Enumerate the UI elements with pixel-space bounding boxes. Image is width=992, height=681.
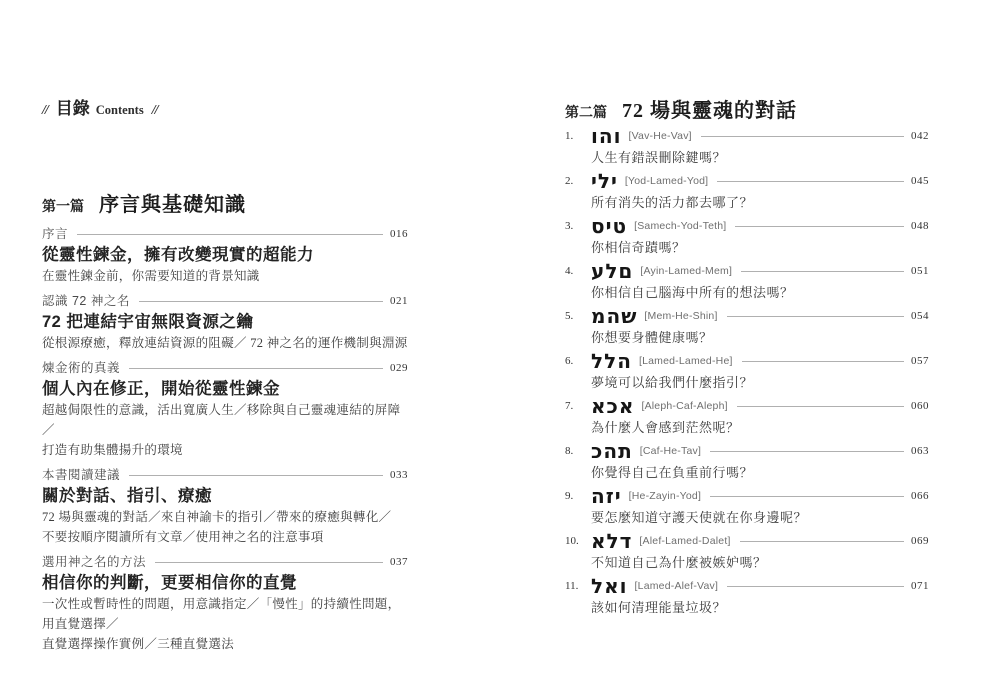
entry-question: 為什麼人會感到茫然呢？ — [565, 418, 929, 437]
hebrew-transliteration: [Lamed-Lamed-He] — [639, 349, 733, 373]
hebrew-transliteration: [Aleph-Caf-Aleph] — [641, 394, 727, 418]
toc-close-slash-icon: // — [152, 103, 158, 119]
hebrew-name: כהת — [591, 439, 633, 463]
leader-line — [710, 496, 904, 497]
entry-number: 9. — [565, 484, 591, 508]
toc-entry-subtitle: 超越侷限性的意識，活出寬廣人生／移除與自己靈魂連結的屏障／ 打造有助集體揚升的環… — [42, 400, 408, 460]
leader-line — [727, 316, 904, 317]
toc-entry-row: 10. אלד [Alef-Lamed-Dalet] 069 — [565, 529, 929, 553]
toc-entry-page-number: 054 — [911, 304, 929, 328]
toc-section: 本書閱讀建議 033 關於對話、指引、療癒 72 場與靈魂的對話／來自神諭卡的指… — [42, 467, 408, 547]
entry-question: 人生有錯誤刪除鍵嗎？ — [565, 148, 929, 167]
leader-line — [740, 541, 904, 542]
hebrew-name: והו — [591, 124, 621, 148]
toc-header: // 目錄 Contents // — [42, 94, 408, 112]
hebrew-name: הזי — [591, 484, 622, 508]
toc-entry-page-number: 057 — [911, 349, 929, 373]
toc-entry-page-number: 071 — [911, 574, 929, 598]
toc-entry-label: 選用神之名的方法 — [42, 554, 146, 571]
toc-entry: 11. לאו [Lamed-Alef-Vav] 071 該如何清理能量垃圾？ — [565, 574, 929, 617]
toc-entry-subtitle: 72 場與靈魂的對話／來自神諭卡的指引／帶來的療癒與轉化／ 不要按順序閱讀所有文… — [42, 507, 408, 547]
hebrew-name: אכא — [591, 394, 634, 418]
toc-entry: 10. אלד [Alef-Lamed-Dalet] 069 不知道自己為什麼被… — [565, 529, 929, 572]
hebrew-transliteration: [Samech-Yod-Teth] — [634, 214, 726, 238]
toc-entry-page-number: 042 — [911, 124, 929, 148]
toc-open-slash-icon: // — [42, 103, 48, 119]
entry-number: 2. — [565, 169, 591, 193]
hebrew-transliteration: [He-Zayin-Yod] — [629, 484, 701, 508]
part-two-label: 第二篇 — [565, 102, 607, 122]
toc-entry-row: 6. ללה [Lamed-Lamed-He] 057 — [565, 349, 929, 373]
leader-line — [77, 234, 383, 235]
toc-entry-page-number: 066 — [911, 484, 929, 508]
toc-entry-page-number: 016 — [390, 226, 408, 243]
entry-question: 所有消失的活力都去哪了？ — [565, 193, 929, 212]
toc-entry-row: 1. והו [Vav-He-Vav] 042 — [565, 124, 929, 148]
entry-question: 你相信自己腦海中所有的想法嗎？ — [565, 283, 929, 302]
part-one-header: 第一篇 序言與基礎知識 — [42, 188, 408, 212]
entry-question: 你想要身體健康嗎？ — [565, 328, 929, 347]
hebrew-name: אלד — [591, 529, 632, 553]
hebrew-transliteration: [Caf-He-Tav] — [640, 439, 701, 463]
entry-question: 該如何清理能量垃圾？ — [565, 598, 929, 617]
toc-section: 認識 72 神之名 021 72 把連結宇宙無限資源之鑰 從根源療癒，釋放連結資… — [42, 293, 408, 353]
toc-entry-subtitle: 一次性或暫時性的問題，用意識指定／「慢性」的持續性問題，用直覺選擇／ 直覺選擇操… — [42, 594, 408, 654]
toc-entry-page-number: 063 — [911, 439, 929, 463]
toc-section: 煉金術的真義 029 個人內在修正，開始從靈性鍊金 超越侷限性的意識，活出寬廣人… — [42, 360, 408, 460]
toc-entry-page-number: 029 — [390, 360, 408, 377]
toc-entry-subtitle: 從根源療癒，釋放連結資源的阻礙／ 72 神之名的運作機制與淵源 — [42, 333, 408, 353]
toc-entry: 6. ללה [Lamed-Lamed-He] 057 夢境可以給我們什麼指引？ — [565, 349, 929, 392]
toc-entry: 3. סיט [Samech-Yod-Teth] 048 你相信奇蹟嗎？ — [565, 214, 929, 257]
toc-entry-row: 9. הזי [He-Zayin-Yod] 066 — [565, 484, 929, 508]
leader-line — [717, 181, 904, 182]
toc-entry-title: 關於對話、指引、療癒 — [42, 486, 408, 506]
entry-number: 4. — [565, 259, 591, 283]
toc-entry-list: 1. והו [Vav-He-Vav] 042 人生有錯誤刪除鍵嗎？ 2. יל… — [565, 124, 929, 617]
toc-entry: 2. ילי [Yod-Lamed-Yod] 045 所有消失的活力都去哪了？ — [565, 169, 929, 212]
toc-entry: 5. מהש [Mem-He-Shin] 054 你想要身體健康嗎？ — [565, 304, 929, 347]
entry-question: 夢境可以給我們什麼指引？ — [565, 373, 929, 392]
part-two-header: 第二篇 72 場與靈魂的對話 — [565, 94, 929, 118]
toc-entry-row: 4. עלם [Ayin-Lamed-Mem] 051 — [565, 259, 929, 283]
toc-entry-label: 本書閱讀建議 — [42, 467, 120, 484]
toc-title: 目錄 — [56, 94, 90, 119]
leader-line — [155, 562, 383, 563]
entry-question: 你覺得自己在負重前行嗎？ — [565, 463, 929, 482]
toc-entry: 7. אכא [Aleph-Caf-Aleph] 060 為什麼人會感到茫然呢？ — [565, 394, 929, 437]
toc-entry-row: 7. אכא [Aleph-Caf-Aleph] 060 — [565, 394, 929, 418]
leader-line — [139, 301, 383, 302]
toc-section: 選用神之名的方法 037 相信你的判斷，更要相信你的直覺 一次性或暫時性的問題，… — [42, 554, 408, 654]
part-one-label: 第一篇 — [42, 196, 84, 216]
toc-entry-title: 相信你的判斷，更要相信你的直覺 — [42, 573, 408, 593]
hebrew-name: ללה — [591, 349, 632, 373]
toc-entry-page-number: 048 — [911, 214, 929, 238]
toc-section: 序言 016 從靈性鍊金，擁有改變現實的超能力 在靈性鍊金前，你需要知道的背景知… — [42, 226, 408, 286]
hebrew-transliteration: [Mem-He-Shin] — [644, 304, 717, 328]
entry-number: 11. — [565, 574, 591, 598]
entry-number: 8. — [565, 439, 591, 463]
toc-section-list: 序言 016 從靈性鍊金，擁有改變現實的超能力 在靈性鍊金前，你需要知道的背景知… — [42, 226, 408, 654]
toc-entry-page-number: 021 — [390, 293, 408, 310]
entry-number: 10. — [565, 529, 591, 553]
toc-entry-row: 選用神之名的方法 037 — [42, 554, 408, 571]
toc-entry-label: 序言 — [42, 226, 68, 243]
toc-entry-subtitle: 在靈性鍊金前，你需要知道的背景知識 — [42, 266, 408, 286]
hebrew-transliteration: [Ayin-Lamed-Mem] — [640, 259, 732, 283]
hebrew-transliteration: [Vav-He-Vav] — [628, 124, 691, 148]
toc-entry-row: 認識 72 神之名 021 — [42, 293, 408, 310]
hebrew-transliteration: [Yod-Lamed-Yod] — [625, 169, 708, 193]
toc-entry-title: 72 把連結宇宙無限資源之鑰 — [42, 312, 408, 332]
toc-entry-row: 8. כהת [Caf-He-Tav] 063 — [565, 439, 929, 463]
toc-entry-row: 2. ילי [Yod-Lamed-Yod] 045 — [565, 169, 929, 193]
right-page: 第二篇 72 場與靈魂的對話 1. והו [Vav-He-Vav] 042 人… — [565, 94, 929, 619]
toc-entry: 9. הזי [He-Zayin-Yod] 066 要怎麼知道守護天使就在你身邊… — [565, 484, 929, 527]
toc-entry-row: 本書閱讀建議 033 — [42, 467, 408, 484]
leader-line — [741, 271, 904, 272]
toc-entry-row: 5. מהש [Mem-He-Shin] 054 — [565, 304, 929, 328]
leader-line — [735, 226, 904, 227]
toc-entry-title: 個人內在修正，開始從靈性鍊金 — [42, 379, 408, 399]
toc-entry-label: 認識 72 神之名 — [42, 293, 130, 310]
hebrew-name: לאו — [591, 574, 628, 598]
toc-entry-label: 煉金術的真義 — [42, 360, 120, 377]
hebrew-name: עלם — [591, 259, 633, 283]
leader-line — [129, 475, 383, 476]
part-one-title: 序言與基礎知識 — [99, 188, 246, 217]
leader-line — [710, 451, 904, 452]
toc-entry-row: 序言 016 — [42, 226, 408, 243]
entry-number: 1. — [565, 124, 591, 148]
entry-question: 要怎麼知道守護天使就在你身邊呢？ — [565, 508, 929, 527]
entry-question: 你相信奇蹟嗎？ — [565, 238, 929, 257]
toc-entry-page-number: 045 — [911, 169, 929, 193]
toc-entry-page-number: 037 — [390, 554, 408, 571]
leader-line — [701, 136, 904, 137]
toc-entry-page-number: 051 — [911, 259, 929, 283]
entry-number: 7. — [565, 394, 591, 418]
leader-line — [727, 586, 904, 587]
part-two-title: 72 場與靈魂的對話 — [622, 94, 797, 123]
toc-entry-row: 3. סיט [Samech-Yod-Teth] 048 — [565, 214, 929, 238]
toc-entry-row: 11. לאו [Lamed-Alef-Vav] 071 — [565, 574, 929, 598]
toc-entry: 8. כהת [Caf-He-Tav] 063 你覺得自己在負重前行嗎？ — [565, 439, 929, 482]
toc-entry-page-number: 060 — [911, 394, 929, 418]
toc-entry-page-number: 069 — [911, 529, 929, 553]
toc-entry-row: 煉金術的真義 029 — [42, 360, 408, 377]
toc-entry: 4. עלם [Ayin-Lamed-Mem] 051 你相信自己腦海中所有的想… — [565, 259, 929, 302]
entry-question: 不知道自己為什麼被嫉妒嗎？ — [565, 553, 929, 572]
entry-number: 3. — [565, 214, 591, 238]
toc-entry-title: 從靈性鍊金，擁有改變現實的超能力 — [42, 245, 408, 265]
entry-number: 6. — [565, 349, 591, 373]
hebrew-transliteration: [Lamed-Alef-Vav] — [635, 574, 719, 598]
leader-line — [742, 361, 904, 362]
left-page: // 目錄 Contents // 第一篇 序言與基礎知識 序言 016 從靈性… — [42, 94, 408, 661]
entry-number: 5. — [565, 304, 591, 328]
book-spread: // 目錄 Contents // 第一篇 序言與基礎知識 序言 016 從靈性… — [0, 0, 992, 681]
toc-entry: 1. והו [Vav-He-Vav] 042 人生有錯誤刪除鍵嗎？ — [565, 124, 929, 167]
toc-entry-page-number: 033 — [390, 467, 408, 484]
leader-line — [129, 368, 383, 369]
hebrew-name: סיט — [591, 214, 627, 238]
hebrew-transliteration: [Alef-Lamed-Dalet] — [639, 529, 730, 553]
hebrew-name: ילי — [591, 169, 618, 193]
toc-subtitle: Contents — [96, 103, 144, 118]
hebrew-name: מהש — [591, 304, 637, 328]
leader-line — [737, 406, 904, 407]
